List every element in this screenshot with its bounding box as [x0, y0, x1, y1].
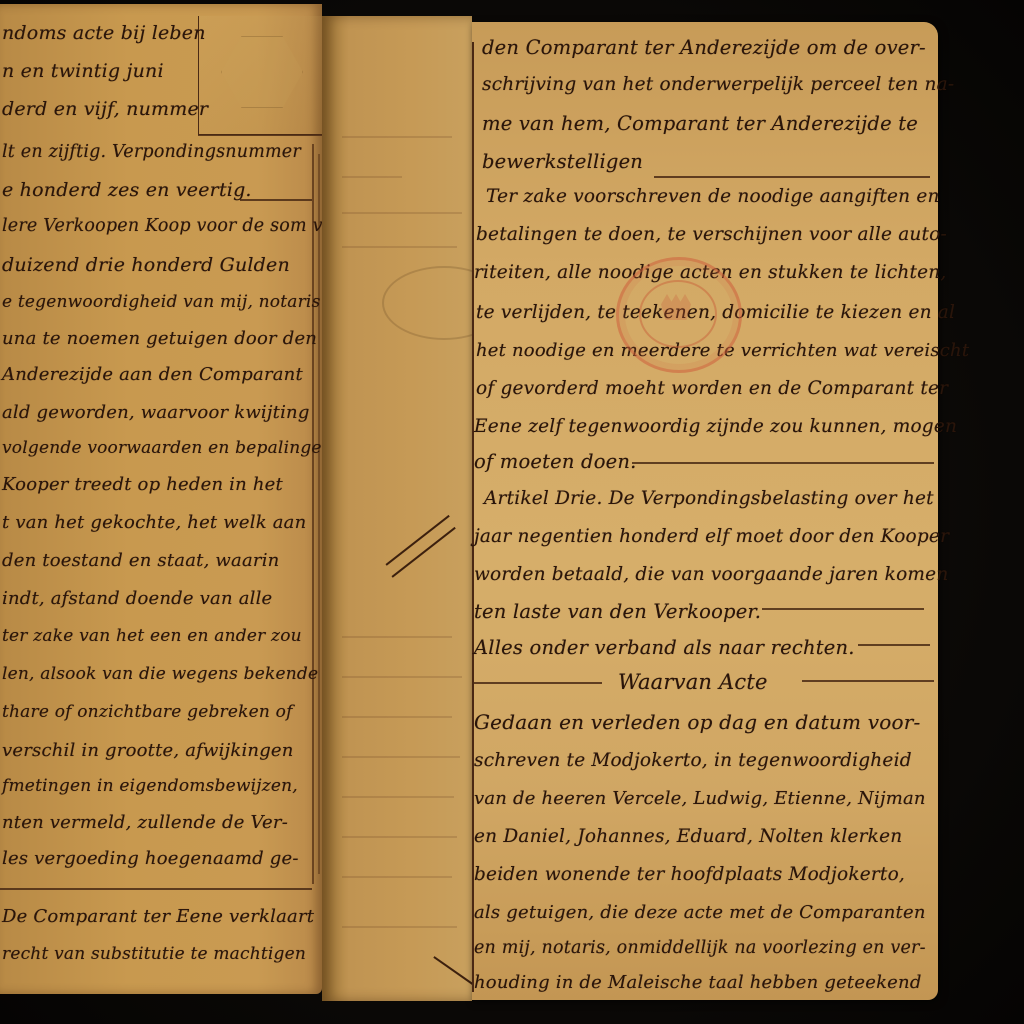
handwritten-line: fmetingen in eigendomsbewijzen,	[2, 776, 298, 796]
bleed-through-line	[342, 876, 452, 878]
handwritten-line: houding in de Maleische taal hebben gete…	[474, 972, 922, 993]
bleed-through-line	[342, 212, 462, 214]
handwritten-line: den toestand en staat, waarin	[2, 550, 279, 571]
handwritten-line: e tegenwoordigheid van mij, notaris	[2, 292, 321, 312]
article-heading: Artikel Drie. De Verpondingsbelasting ov…	[484, 488, 934, 509]
handwritten-line: Gedaan en verleden op dag en datum voor-	[474, 710, 920, 734]
handwritten-line: nten vermeld, zullende de Ver-	[2, 812, 288, 833]
bleed-through-line	[342, 716, 452, 718]
bleed-through-line	[342, 676, 462, 678]
red-notary-seal-icon	[616, 257, 742, 373]
handwritten-line: verschil in grootte, afwijkingen	[2, 740, 294, 761]
right-margin-rule	[472, 42, 474, 992]
handwritten-line: De Comparant ter Eene verklaart	[2, 906, 314, 927]
handwritten-line: ter zake van het een en ander zou	[2, 626, 302, 646]
handwritten-line: worden betaald, die van voorgaande jaren…	[474, 564, 948, 585]
handwritten-line: jaar negentien honderd elf moet door den…	[474, 526, 949, 547]
handwritten-line: t van het gekochte, het welk aan	[2, 512, 306, 533]
handwritten-line: schreven te Modjokerto, in tegenwoordigh…	[474, 750, 912, 771]
handwritten-line: Anderezijde aan den Comparant	[2, 364, 303, 385]
revenue-stamp-box	[198, 16, 325, 135]
left-page: ndoms acte bij leben n en twintig juni d…	[0, 4, 322, 994]
handwritten-line: n en twintig juni	[2, 60, 164, 82]
bleed-through-line	[342, 836, 457, 838]
bleed-through-line	[342, 136, 452, 138]
crown-crest-icon	[661, 294, 691, 320]
embossed-stamp-icon	[221, 36, 303, 108]
handwritten-line: ald geworden, waarvoor kwijting	[2, 402, 310, 423]
handwritten-line: una te noemen getuigen door den	[2, 328, 317, 349]
bleed-through-line	[342, 636, 452, 638]
divider	[472, 682, 602, 684]
handwritten-line: thare of onzichtbare gebreken of	[2, 702, 293, 722]
divider	[762, 608, 924, 610]
divider	[802, 680, 934, 682]
divider	[632, 462, 934, 464]
bleed-through-line	[342, 176, 402, 178]
handwritten-line: derd en vijf, nummer	[2, 98, 208, 120]
handwritten-line: Eene zelf tegenwoordig zijnde zou kunnen…	[474, 416, 957, 437]
handwritten-line: me van hem, Comparant ter Anderezijde te	[482, 112, 918, 135]
handwritten-line: en Daniel, Johannes, Eduard, Nolten kler…	[474, 826, 902, 847]
divider	[858, 644, 930, 646]
handwritten-line: of gevorderd moeht worden en de Comparan…	[476, 378, 948, 399]
handwritten-line: lere Verkoopen Koop voor de som van	[2, 216, 345, 236]
section-heading: Waarvan Acte	[618, 670, 768, 694]
bleed-through-line	[342, 926, 457, 928]
handwritten-line: betalingen te doen, te verschijnen voor …	[476, 224, 947, 245]
handwritten-line: Kooper treedt op heden in het	[2, 474, 283, 495]
handwritten-line: bewerkstelligen	[482, 150, 643, 173]
handwritten-line: duizend drie honderd Gulden	[2, 254, 290, 276]
handwritten-line: indt, afstand doende van alle	[2, 588, 272, 609]
bleed-through-line	[342, 756, 460, 758]
handwritten-line: of moeten doen.	[474, 450, 637, 473]
handwritten-line: beiden wonende ter hoofdplaats Modjokert…	[474, 864, 905, 885]
handwritten-line: als getuigen, die deze acte met de Compa…	[474, 902, 926, 923]
handwritten-line: Alles onder verband als naar rechten.	[474, 636, 855, 659]
handwritten-line: len, alsook van die wegens bekende	[2, 664, 318, 684]
left-margin-rule	[312, 144, 314, 884]
handwritten-line: schrijving van het onderwerpelijk percee…	[482, 74, 954, 95]
middle-fold-page	[322, 16, 472, 1001]
handwritten-line: ten laste van den Verkooper.	[474, 600, 761, 623]
handwritten-line: en mij, notaris, onmiddellijk na voorlez…	[474, 938, 926, 958]
left-margin-rule-2	[318, 154, 320, 874]
handwritten-line: les vergoeding hoegenaamd ge-	[2, 848, 299, 869]
bleed-through-line	[342, 796, 454, 798]
handwritten-line: lt en zijftig. Verpondingsnummer	[2, 142, 301, 162]
divider	[0, 888, 312, 890]
handwritten-line: e honderd zes en veertig.	[2, 179, 252, 201]
handwritten-line: volgende voorwaarden en bepalingen	[2, 438, 333, 458]
handwritten-line: recht van substitutie te machtigen	[2, 944, 306, 964]
right-page: den Comparant ter Anderezijde om de over…	[472, 22, 938, 1000]
divider	[198, 134, 322, 136]
divider	[654, 176, 930, 178]
handwritten-line: van de heeren Vercele, Ludwig, Etienne, …	[474, 788, 926, 809]
handwritten-line: ndoms acte bij leben	[2, 22, 206, 44]
handwritten-line: Ter zake voorschreven de noodige aangift…	[486, 186, 940, 207]
bleed-through-line	[342, 246, 457, 248]
handwritten-line: den Comparant ter Anderezijde om de over…	[482, 36, 926, 59]
